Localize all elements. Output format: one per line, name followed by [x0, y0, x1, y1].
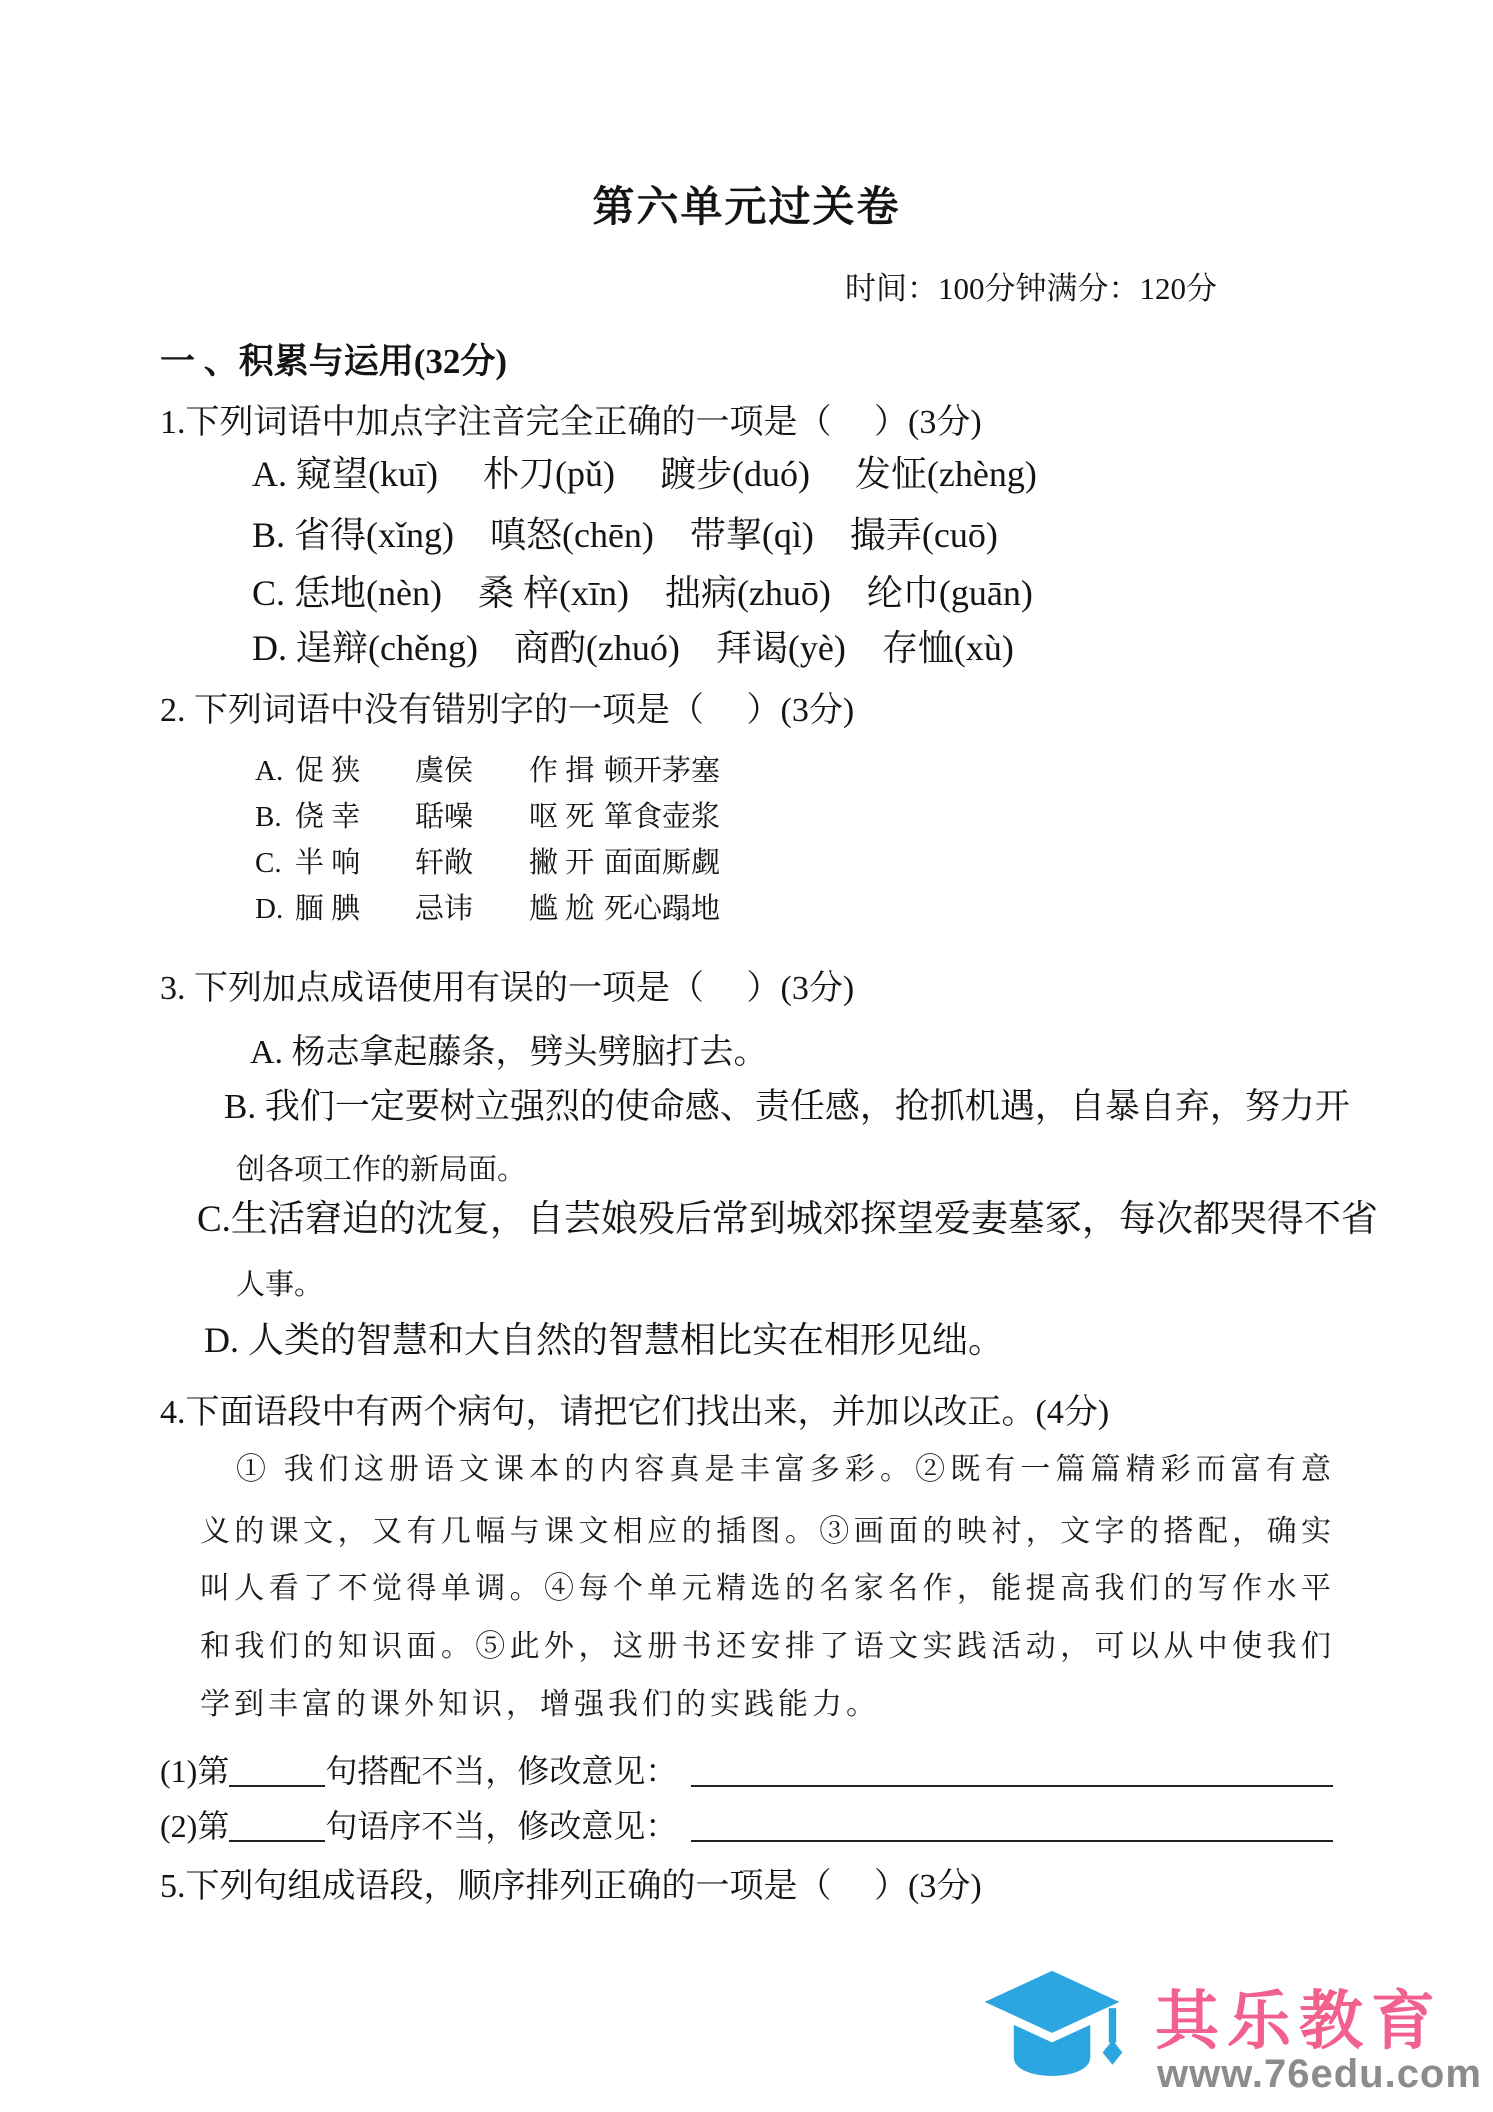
q2-word: 箪食壶浆 — [604, 799, 720, 837]
long-blank-line — [691, 1835, 1333, 1842]
q2-word: 腼 腆 — [295, 891, 415, 929]
q2-word: 聒噪 — [415, 799, 529, 837]
q2-word: 侥 幸 — [295, 799, 415, 837]
q4-answer-row-1: (1)第 句搭配不当，修改意见： — [160, 1752, 1333, 1790]
q3-stem: 3. 下列加点成语使用有误的一项是（ ）(3分) — [160, 968, 854, 1011]
q2-word: 忌讳 — [415, 891, 529, 929]
q3-option-a: A. 杨志拿起藤条，劈头劈脑打去。 — [250, 1032, 768, 1075]
q2-row-a: A. 促 狭 虞侯 作 揖 顿开茅塞 — [255, 753, 720, 791]
q3-option-c-line2: 人事。 — [236, 1267, 323, 1303]
q4-paragraph-line: ① 我们这册语文课本的内容真是丰富多彩。②既有一篇篇精彩而富有意 — [200, 1444, 1335, 1488]
q2-word: 顿开茅塞 — [604, 753, 720, 791]
q2-row-a-label: A. — [255, 753, 295, 791]
page-title: 第六单元过关卷 — [0, 182, 1493, 235]
q3-option-d: D. 人类的智慧和大自然的智慧相比实在相形见绌。 — [204, 1318, 1004, 1363]
q2-word: 死心蹋地 — [604, 891, 720, 929]
q2-word: 半 响 — [295, 845, 415, 883]
q2-word: 虞侯 — [415, 753, 529, 791]
q2-word: 轩敞 — [415, 845, 529, 883]
q2-row-d: D. 腼 腆 忌讳 尴 尬 死心蹋地 — [255, 891, 720, 929]
q4-paragraph-line: 学到丰富的课外知识，增强我们的实践能力。 — [200, 1679, 1335, 1723]
q4-answer-row-2: (2)第 句语序不当，修改意见： — [160, 1807, 1333, 1845]
q2-stem: 2. 下列词语中没有错别字的一项是（ ）(3分) — [160, 690, 854, 733]
q4-answer-1-prefix: (1)第 — [160, 1752, 229, 1790]
q1-option-a: A. 窥望(kuī) 朴刀(pǔ) 踱步(duó) 发怔(zhèng) — [252, 452, 1037, 497]
long-blank-line — [691, 1780, 1333, 1787]
q2-row-c-label: C. — [255, 845, 295, 883]
q2-word: 尴 尬 — [529, 891, 604, 929]
q2-word: 促 狭 — [295, 753, 415, 791]
q4-answer-1-mid: 句搭配不当，修改意见： — [325, 1752, 677, 1790]
q4-answer-2-mid: 句语序不当，修改意见： — [325, 1807, 677, 1845]
brand-logo: 其乐教育 www.76edu.com — [962, 1962, 1482, 2107]
q2-row-d-label: D. — [255, 891, 295, 929]
q4-answer-2-prefix: (2)第 — [160, 1807, 229, 1845]
q3-option-b-line2: 创各项工作的新局面。 — [236, 1152, 526, 1188]
q1-option-c: C. 恁地(nèn) 桑 梓(xīn) 拙病(zhuō) 纶巾(guān) — [252, 571, 1033, 616]
brand-name: 其乐教育 — [1155, 1970, 1443, 2062]
q3-option-c-line1: C.生活窘迫的沈复，自芸娘殁后常到城郊探望爱妻墓冢，每次都哭得不省 — [197, 1197, 1378, 1243]
q2-word: 面面厮觑 — [604, 845, 720, 883]
q5-stem: 5.下列句组成语段，顺序排列正确的一项是（ ）(3分) — [160, 1866, 982, 1909]
q2-row-b-label: B. — [255, 799, 295, 837]
short-blank-line — [229, 1780, 325, 1787]
q2-word: 作 揖 — [529, 753, 604, 791]
q2-word: 呕 死 — [529, 799, 604, 837]
q2-row-b: B. 侥 幸 聒噪 呕 死 箪食壶浆 — [255, 799, 720, 837]
q4-paragraph-line: 义的课文，又有几幅与课文相应的插图。③画面的映衬，文字的搭配，确实 — [200, 1506, 1335, 1550]
q1-option-d: D. 逞辩(chěng) 商酌(zhuó) 拜谒(yè) 存恤(xù) — [252, 626, 1014, 671]
exam-paper-page: 第六单元过关卷 时间：100分钟满分：120分 一 、积累与运用(32分) 1.… — [0, 0, 1493, 2112]
q3-option-b-line1: B. 我们一定要树立强烈的使命感、责任感，抢抓机遇，自暴自弃，努力开 — [224, 1085, 1350, 1129]
graduation-cap-icon — [962, 1962, 1147, 2101]
q4-paragraph-line: 和我们的知识面。⑤此外，这册书还安排了语文实践活动，可以从中使我们 — [200, 1621, 1335, 1665]
q4-stem: 4.下面语段中有两个病句，请把它们找出来，并加以改正。(4分) — [160, 1392, 1109, 1435]
q4-paragraph-line: 叫人看了不觉得单调。④每个单元精选的名家名作，能提高我们的写作水平 — [200, 1563, 1335, 1607]
q1-option-b: B. 省得(xǐng) 嗔怒(chēn) 带挈(qì) 撮弄(cuō) — [252, 513, 998, 558]
q1-stem: 1.下列词语中加点字注音完全正确的一项是（ ）(3分) — [160, 402, 982, 445]
q2-row-c: C. 半 响 轩敞 撇 开 面面厮觑 — [255, 845, 720, 883]
section-heading: 一 、积累与运用(32分) — [160, 340, 507, 384]
brand-url: www.76edu.com — [1157, 2052, 1482, 2097]
q2-word: 撇 开 — [529, 845, 604, 883]
exam-meta: 时间：100分钟满分：120分 — [845, 270, 1217, 309]
short-blank-line — [229, 1835, 325, 1842]
